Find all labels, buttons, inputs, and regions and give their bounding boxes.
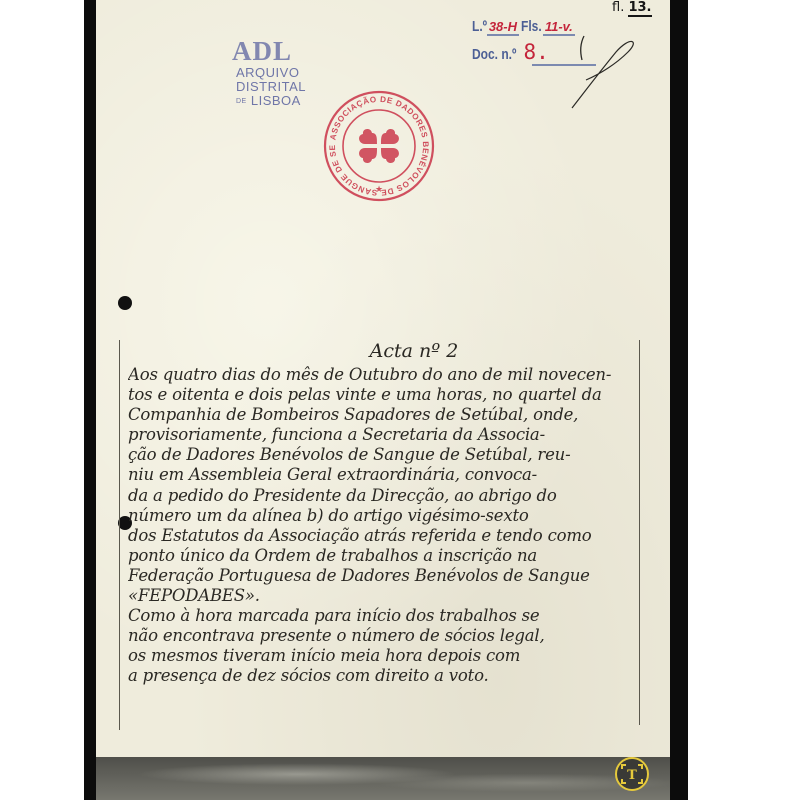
minutes-line: Como à hora marcada para início dos trab…: [128, 606, 640, 626]
signature-mark: [570, 30, 640, 110]
archive-stamp-line1: ARQUIVO: [232, 66, 332, 79]
minutes-line: os mesmos tiveram início meia hora depoi…: [128, 646, 640, 666]
book-label: L.º: [472, 18, 487, 35]
minutes-line: Federação Portuguesa de Dadores Benévolo…: [128, 566, 640, 586]
association-seal: ASSOCIAÇÃO DE DADORES BENÉVOLOS DE SANGU…: [320, 90, 438, 202]
minutes-line: não encontrava presente o número de sóci…: [128, 626, 640, 646]
minutes-line: provisoriamente, funciona a Secretaria d…: [128, 425, 640, 445]
archive-stamp-prefix: DE: [236, 98, 247, 105]
minutes-line: tos e oitenta e dois pelas vinte e uma h…: [128, 385, 640, 405]
minutes-line: Aos quatro dias do mês de Outubro do ano…: [128, 365, 640, 385]
archive-stamp: ADL ARQUIVO DISTRITAL DE LISBOA: [232, 38, 332, 107]
doc-label: Doc. n.º: [472, 46, 516, 63]
svg-text:T: T: [627, 768, 637, 783]
minutes-line: número um da alínea b) do artigo vigésim…: [128, 506, 640, 526]
minutes-title: Acta nº 2: [128, 337, 640, 365]
minutes-text: Acta nº 2 Aos quatro dias do mês de Outu…: [128, 337, 640, 687]
minutes-line: ponto único da Ordem de trabalhos a insc…: [128, 546, 640, 566]
minutes-line: Companhia de Bombeiros Sapadores de Setú…: [128, 405, 640, 425]
archive-stamp-line2: DISTRITAL: [232, 80, 332, 93]
archive-stamp-city: LISBOA: [251, 93, 301, 108]
text-recognition-button[interactable]: T: [615, 757, 649, 791]
minutes-line: dos Estatutos da Associação atrás referi…: [128, 526, 640, 546]
text-recognition-icon: T: [619, 761, 645, 787]
archive-stamp-abbr: ADL: [232, 38, 332, 65]
minutes-line: ção de Dadores Benévolos de Sangue de Se…: [128, 445, 640, 465]
minutes-line: a presença de dez sócios com direito a v…: [128, 666, 640, 686]
left-margin-line: [119, 340, 120, 730]
book-value: 38-H: [487, 19, 519, 36]
svg-text:★: ★: [375, 185, 383, 195]
minutes-line: niu em Assembleia Geral extraordinária, …: [128, 465, 640, 485]
scan-bottom-edge: [96, 757, 670, 800]
punch-hole-top: [118, 296, 132, 310]
folio-value: 13.: [628, 0, 651, 17]
minutes-line: «FEPODABES».: [128, 586, 640, 606]
minutes-line: da a pedido do Presidente da Direcção, a…: [128, 486, 640, 506]
folio-number: fl. 13.: [612, 0, 652, 15]
folio-prefix: fl.: [612, 0, 624, 15]
sheets-label: Fls.: [521, 18, 542, 35]
archive-stamp-line3: DE LISBOA: [232, 94, 332, 107]
